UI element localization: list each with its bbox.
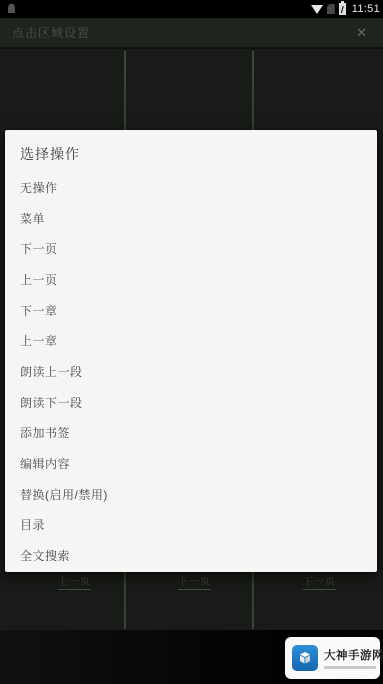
dialog-option-read-prev-paragraph[interactable]: 朗读上一段	[5, 356, 377, 387]
dialog-option-read-next-paragraph[interactable]: 朗读下一段	[5, 387, 377, 418]
action-picker-dialog: 选择操作 无操作 菜单 下一页 上一页 下一章 上一章 朗读上一段 朗读下一段 …	[5, 130, 377, 572]
dialog-option-list: 无操作 菜单 下一页 上一页 下一章 上一章 朗读上一段 朗读下一段 添加书签 …	[5, 172, 377, 571]
dialog-option-toc[interactable]: 目录	[5, 510, 377, 541]
sim-card-icon	[327, 4, 335, 14]
dialog-title: 选择操作	[5, 130, 377, 170]
toolbar-title: 点击区域设置	[0, 24, 90, 41]
dialog-option-prev-chapter[interactable]: 上一章	[5, 325, 377, 356]
notification-icon	[8, 4, 16, 14]
dialog-option-edit-content[interactable]: 编辑内容	[5, 448, 377, 479]
dialog-option-add-bookmark[interactable]: 添加书签	[5, 418, 377, 449]
wifi-icon	[311, 5, 323, 14]
dialog-option-menu[interactable]: 菜单	[5, 203, 377, 234]
tap-zone-label[interactable]: 下一页	[303, 573, 336, 590]
cube-logo-icon	[292, 645, 318, 671]
screen: 11:51 点击区域设置 ✕ 上一页 下一页 下一页 选择操作 无操作 菜单 下…	[0, 0, 383, 684]
dialog-option-no-action[interactable]: 无操作	[5, 172, 377, 203]
dialog-option-fulltext-search[interactable]: 全文搜索	[5, 540, 377, 571]
watermark-badge: 大神手游网	[285, 637, 380, 679]
close-icon[interactable]: ✕	[356, 18, 367, 48]
tap-zone-label[interactable]: 下一页	[178, 573, 211, 590]
dialog-option-next-chapter[interactable]: 下一章	[5, 295, 377, 326]
app-toolbar: 点击区域设置 ✕	[0, 18, 383, 48]
status-bar: 11:51	[0, 0, 383, 18]
dialog-option-replace-toggle[interactable]: 替换(启用/禁用)	[5, 479, 377, 510]
watermark-title: 大神手游网	[324, 647, 383, 663]
battery-icon	[339, 3, 346, 15]
tap-zone-label[interactable]: 上一页	[58, 573, 91, 590]
status-time: 11:51	[350, 3, 380, 15]
dialog-option-prev-page[interactable]: 上一页	[5, 264, 377, 295]
watermark-subtext	[324, 666, 376, 669]
dialog-option-next-page[interactable]: 下一页	[5, 233, 377, 264]
